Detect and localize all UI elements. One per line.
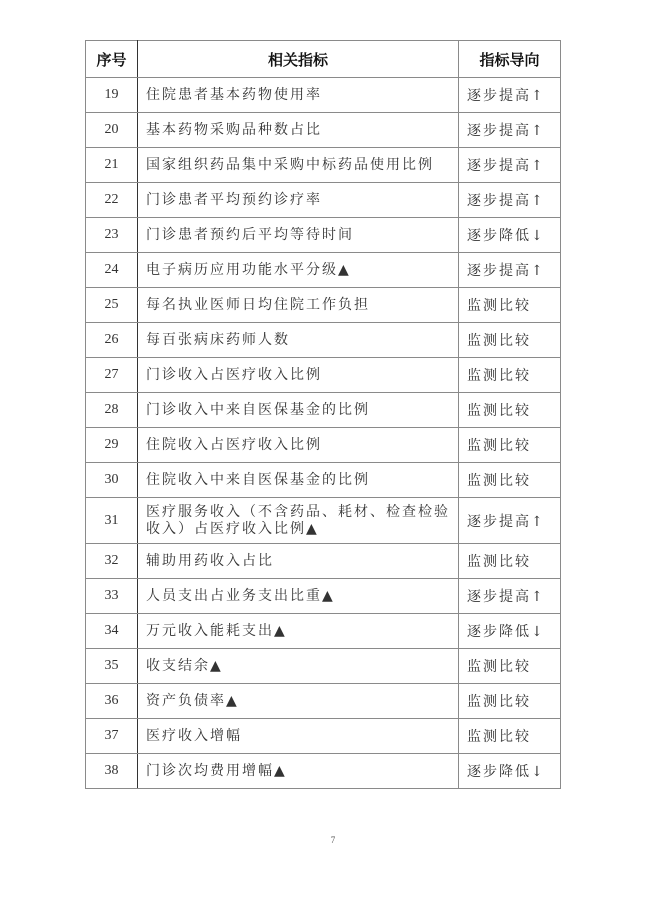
row-number: 29: [86, 428, 138, 463]
table-row: 22 门诊患者平均预约诊疗率 逐步提高↑: [86, 183, 561, 218]
row-indicator: 医疗服务收入（不含药品、耗材、检查检验收入）占医疗收入比例▲: [138, 498, 459, 544]
table-row: 32 辅助用药收入占比 监测比较: [86, 544, 561, 579]
row-number: 33: [86, 579, 138, 614]
row-indicator: 医疗收入增幅: [138, 719, 459, 754]
row-indicator: 住院患者基本药物使用率: [138, 78, 459, 113]
table-row: 35 收支结余▲ 监测比较: [86, 649, 561, 684]
table-row: 33 人员支出占业务支出比重▲ 逐步提高↑: [86, 579, 561, 614]
row-indicator: 万元收入能耗支出▲: [138, 614, 459, 649]
header-serial-number: 序号: [86, 41, 138, 78]
table-row: 31 医疗服务收入（不含药品、耗材、检查检验收入）占医疗收入比例▲ 逐步提高↑: [86, 498, 561, 544]
row-direction: 监测比较: [459, 719, 561, 754]
table-row: 37 医疗收入增幅 监测比较: [86, 719, 561, 754]
row-number: 35: [86, 649, 138, 684]
row-number: 20: [86, 113, 138, 148]
row-direction: 逐步提高↑: [459, 253, 561, 288]
table-row: 25 每名执业医师日均住院工作负担 监测比较: [86, 288, 561, 323]
row-indicator: 门诊患者平均预约诊疗率: [138, 183, 459, 218]
table-row: 30 住院收入中来自医保基金的比例 监测比较: [86, 463, 561, 498]
row-indicator: 每百张病床药师人数: [138, 323, 459, 358]
row-indicator: 资产负债率▲: [138, 684, 459, 719]
table-row: 20 基本药物采购品种数占比 逐步提高↑: [86, 113, 561, 148]
table-header-row: 序号 相关指标 指标导向: [86, 41, 561, 78]
row-direction: 监测比较: [459, 288, 561, 323]
row-direction: 监测比较: [459, 428, 561, 463]
row-number: 27: [86, 358, 138, 393]
row-number: 34: [86, 614, 138, 649]
row-direction: 监测比较: [459, 323, 561, 358]
row-indicator: 电子病历应用功能水平分级▲: [138, 253, 459, 288]
row-number: 21: [86, 148, 138, 183]
table-row: 26 每百张病床药师人数 监测比较: [86, 323, 561, 358]
row-direction: 逐步提高↑: [459, 498, 561, 544]
row-indicator: 住院收入占医疗收入比例: [138, 428, 459, 463]
row-direction: 监测比较: [459, 393, 561, 428]
table-row: 38 门诊次均费用增幅▲ 逐步降低↓: [86, 754, 561, 789]
table-row: 34 万元收入能耗支出▲ 逐步降低↓: [86, 614, 561, 649]
row-direction: 逐步提高↑: [459, 579, 561, 614]
table-row: 19 住院患者基本药物使用率 逐步提高↑: [86, 78, 561, 113]
table-row: 21 国家组织药品集中采购中标药品使用比例 逐步提高↑: [86, 148, 561, 183]
row-indicator: 基本药物采购品种数占比: [138, 113, 459, 148]
row-number: 25: [86, 288, 138, 323]
document-page: 序号 相关指标 指标导向 19 住院患者基本药物使用率 逐步提高↑ 20 基本药…: [0, 0, 666, 900]
row-number: 30: [86, 463, 138, 498]
row-direction: 逐步提高↑: [459, 78, 561, 113]
row-direction: 逐步提高↑: [459, 148, 561, 183]
row-indicator: 门诊患者预约后平均等待时间: [138, 218, 459, 253]
row-direction: 监测比较: [459, 544, 561, 579]
row-direction: 监测比较: [459, 649, 561, 684]
row-number: 22: [86, 183, 138, 218]
row-number: 37: [86, 719, 138, 754]
row-indicator: 门诊收入中来自医保基金的比例: [138, 393, 459, 428]
row-number: 26: [86, 323, 138, 358]
row-direction: 逐步降低↓: [459, 218, 561, 253]
table-row: 23 门诊患者预约后平均等待时间 逐步降低↓: [86, 218, 561, 253]
row-direction: 逐步降低↓: [459, 614, 561, 649]
indicator-table: 序号 相关指标 指标导向 19 住院患者基本药物使用率 逐步提高↑ 20 基本药…: [85, 40, 561, 789]
row-number: 31: [86, 498, 138, 544]
row-direction: 监测比较: [459, 684, 561, 719]
row-number: 38: [86, 754, 138, 789]
row-number: 28: [86, 393, 138, 428]
row-number: 24: [86, 253, 138, 288]
row-indicator: 每名执业医师日均住院工作负担: [138, 288, 459, 323]
row-indicator: 人员支出占业务支出比重▲: [138, 579, 459, 614]
row-direction: 监测比较: [459, 358, 561, 393]
row-number: 36: [86, 684, 138, 719]
table-row: 36 资产负债率▲ 监测比较: [86, 684, 561, 719]
row-indicator: 辅助用药收入占比: [138, 544, 459, 579]
row-direction: 监测比较: [459, 463, 561, 498]
row-indicator: 门诊收入占医疗收入比例: [138, 358, 459, 393]
row-number: 23: [86, 218, 138, 253]
row-number: 19: [86, 78, 138, 113]
row-direction: 逐步提高↑: [459, 183, 561, 218]
row-indicator: 收支结余▲: [138, 649, 459, 684]
header-direction: 指标导向: [459, 41, 561, 78]
table-row: 27 门诊收入占医疗收入比例 监测比较: [86, 358, 561, 393]
row-direction: 逐步降低↓: [459, 754, 561, 789]
row-direction: 逐步提高↑: [459, 113, 561, 148]
table-row: 29 住院收入占医疗收入比例 监测比较: [86, 428, 561, 463]
row-indicator: 国家组织药品集中采购中标药品使用比例: [138, 148, 459, 183]
table-row: 28 门诊收入中来自医保基金的比例 监测比较: [86, 393, 561, 428]
page-number: 7: [0, 835, 666, 845]
row-indicator: 门诊次均费用增幅▲: [138, 754, 459, 789]
header-indicator: 相关指标: [138, 41, 459, 78]
table-row: 24 电子病历应用功能水平分级▲ 逐步提高↑: [86, 253, 561, 288]
row-number: 32: [86, 544, 138, 579]
row-indicator: 住院收入中来自医保基金的比例: [138, 463, 459, 498]
